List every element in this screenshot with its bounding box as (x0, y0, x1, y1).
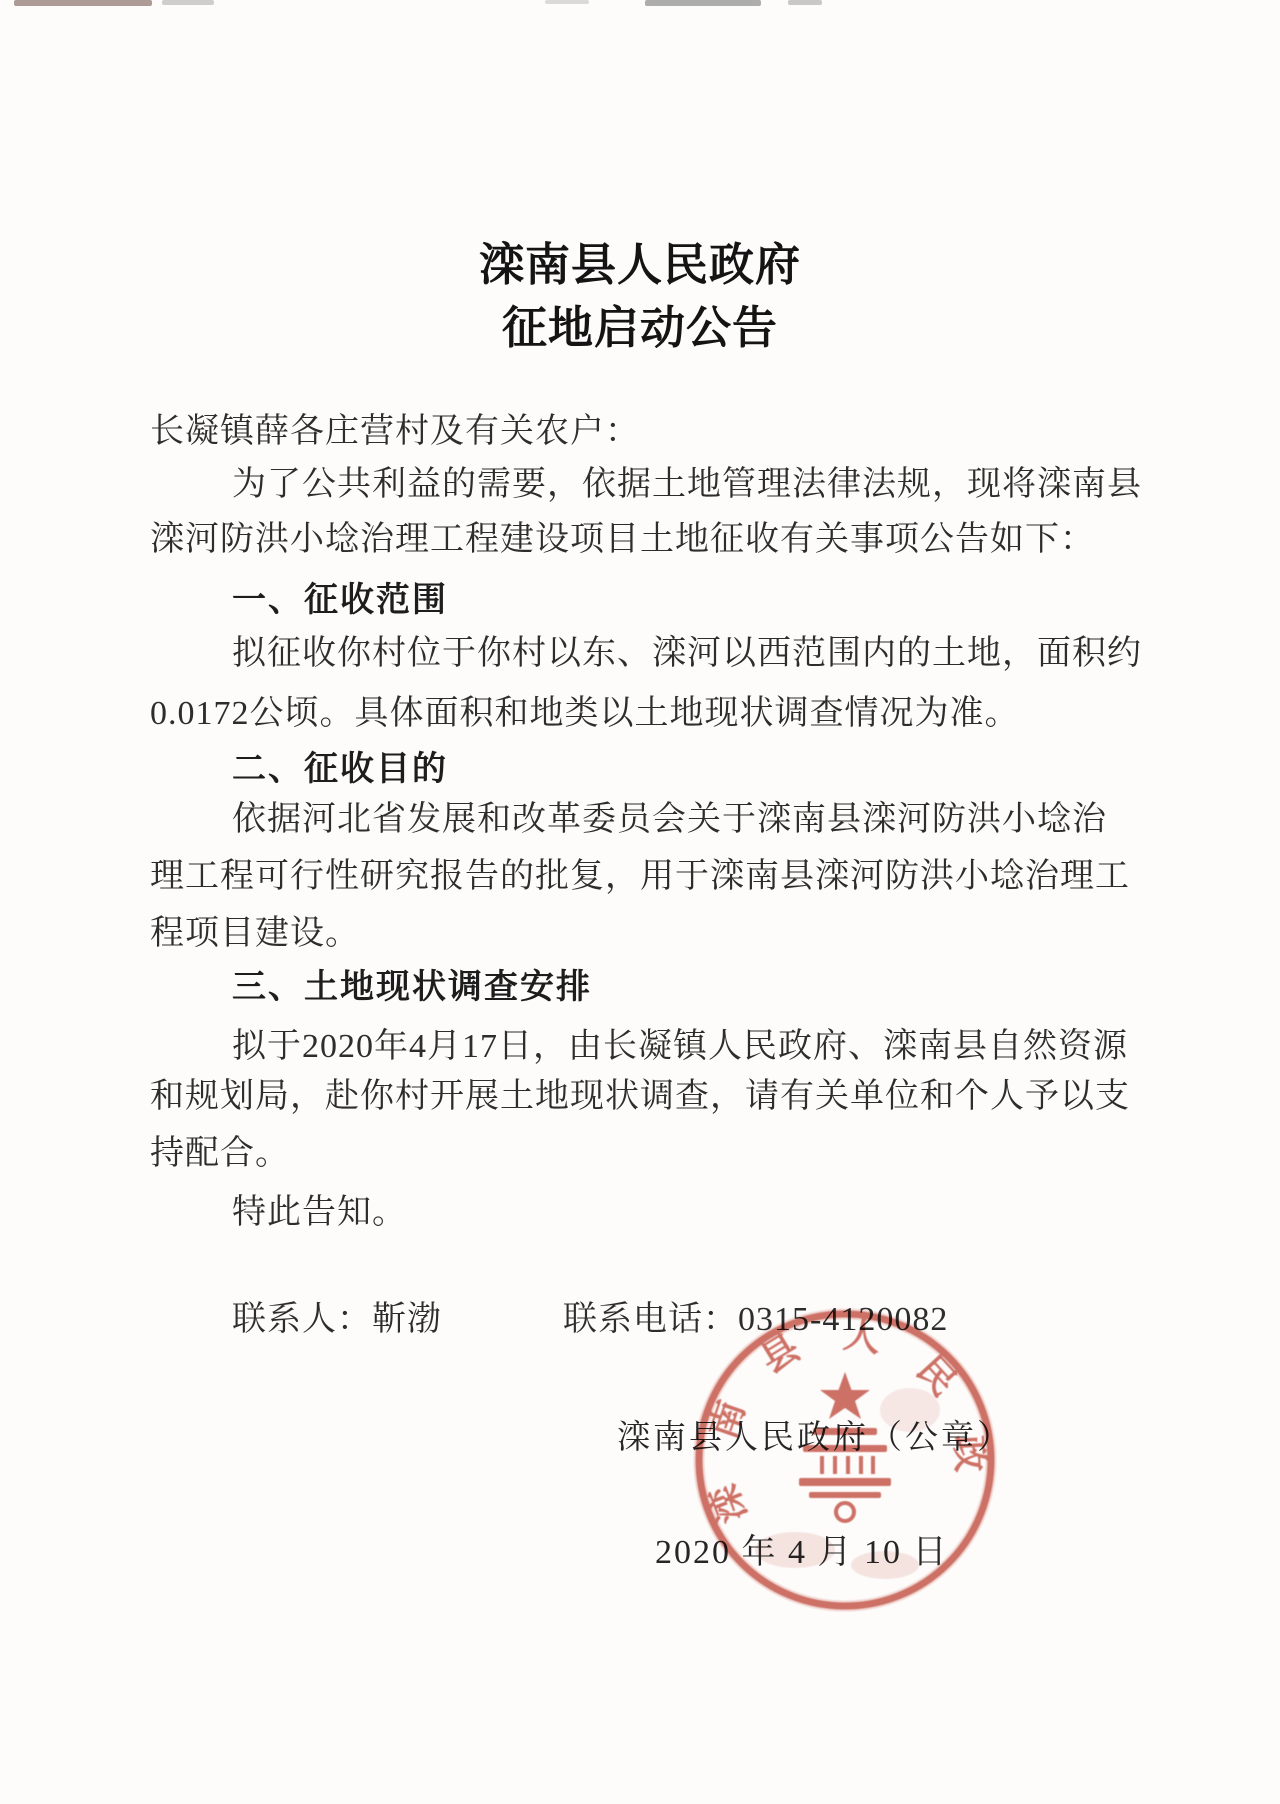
scan-artifact (14, 0, 152, 6)
contact-phone: 联系电话：0315-4120082 (563, 1300, 948, 1340)
section-heading: 二、征收目的 (150, 749, 1232, 789)
body-line: 拟于2020年4月17日，由长凝镇人民政府、滦南县自然资源 (150, 1027, 1232, 1067)
scan-artifact (645, 0, 761, 6)
body-line: 为了公共利益的需要，依据土地管理法律法规，现将滦南县 (150, 465, 1232, 505)
section-heading: 三、土地现状调查安排 (150, 967, 1232, 1007)
scan-artifact (788, 0, 822, 5)
body-line: 0.0172公顷。具体面积和地类以土地现状调查情况为准。 (150, 694, 1150, 734)
date-line: 2020 年 4 月 10 日 (655, 1524, 949, 1573)
scan-artifact (545, 0, 589, 4)
body-line: 长凝镇薛各庄营村及有关农户： (150, 412, 1150, 452)
body-line: 特此告知。 (150, 1193, 1232, 1233)
body-line: 和规划局，赴你村开展土地现状调查，请有关单位和个人予以支 (150, 1077, 1150, 1117)
body-line: 依据河北省发展和改革委员会关于滦南县滦河防洪小埝治 (150, 800, 1232, 840)
section-heading: 一、征收范围 (150, 580, 1232, 620)
body-line: 理工程可行性研究报告的批复，用于滦南县滦河防洪小埝治理工 (150, 857, 1150, 897)
body-line: 滦河防洪小埝治理工程建设项目土地征收有关事项公告如下： (150, 520, 1150, 560)
body-line: 拟征收你村位于你村以东、滦河以西范围内的土地，面积约 (150, 634, 1232, 674)
body-line: 持配合。 (150, 1134, 1150, 1174)
contact-person: 联系人：靳渤 (232, 1300, 442, 1340)
body-line: 程项目建设。 (150, 914, 1150, 954)
document-page: 滦南县人民政府 征地启动公告 长凝镇薛各庄营村及有关农户：为了公共利益的需要，依… (0, 0, 1280, 1804)
signature-line: 滦南县人民政府（公章） (617, 1411, 1013, 1458)
document-title-line2: 征地启动公告 (0, 291, 1280, 356)
document-title-line1: 滦南县人民政府 (0, 228, 1280, 293)
official-seal-icon: 滦南县人民政府 (675, 1290, 1015, 1630)
scan-artifact (162, 0, 214, 5)
